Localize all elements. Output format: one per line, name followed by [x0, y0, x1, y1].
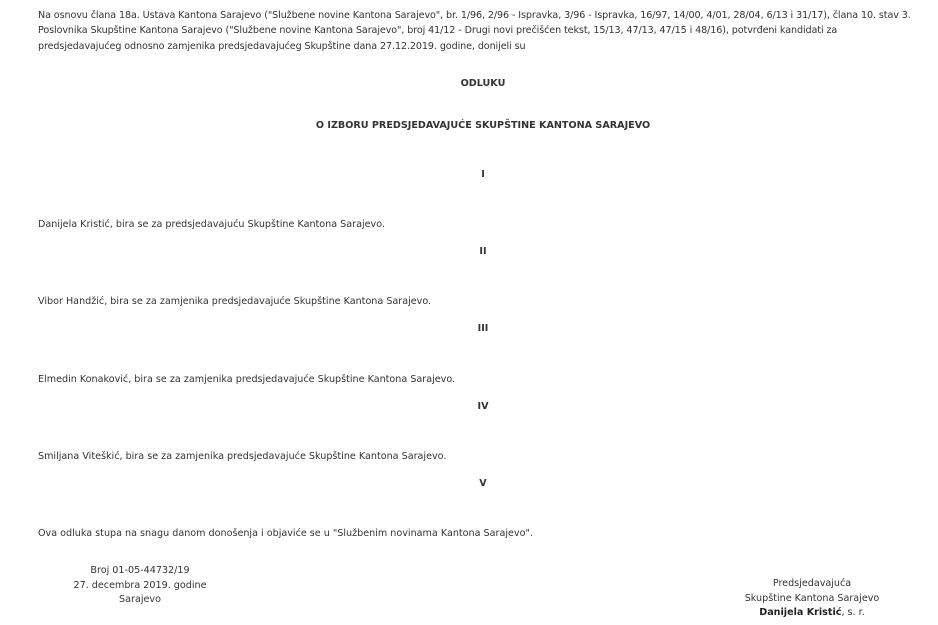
article-text-5: Ova odluka stupa na snagu danom donošenj… — [38, 528, 918, 539]
reference-date: 27. decembra 2019. godine — [40, 579, 240, 594]
article-number-1: I — [38, 169, 928, 180]
article-text-2: Vibor Handžić, bira se za zamjenika pred… — [38, 296, 918, 307]
signatory-name: Danijela Kristić — [759, 607, 841, 618]
article-text-1: Danijela Kristić, bira se za predsjedava… — [38, 219, 918, 230]
article-text-3: Elmedin Konaković, bira se za zamjenika … — [38, 374, 918, 385]
signatory-line: Danijela Kristić, s. r. — [712, 606, 912, 621]
article-number-3: III — [38, 323, 928, 334]
reference-number: Broj 01-05-44732/19 — [40, 564, 240, 579]
article-number-2: II — [38, 246, 928, 257]
document-heading: ODLUKU — [38, 78, 928, 89]
signatory-body: Skupštine Kantona Sarajevo — [712, 592, 912, 607]
article-number-4: IV — [38, 401, 928, 412]
article-text-4: Smiljana Viteškić, bira se za zamjenika … — [38, 451, 918, 462]
reference-place: Sarajevo — [40, 593, 240, 608]
document-subheading: O IZBORU PREDSJEDAVAJUĆE SKUPŠTINE KANTO… — [38, 120, 928, 131]
signatory-title: Predsjedavajuća — [712, 577, 912, 592]
preamble-paragraph: Na osnovu člana 18a. Ustava Kantona Sara… — [38, 8, 918, 54]
signatory-suffix: , s. r. — [841, 607, 864, 618]
document-reference-block: Broj 01-05-44732/19 27. decembra 2019. g… — [40, 564, 240, 608]
article-number-5: V — [38, 478, 928, 489]
signature-block: Predsjedavajuća Skupštine Kantona Saraje… — [712, 577, 912, 621]
